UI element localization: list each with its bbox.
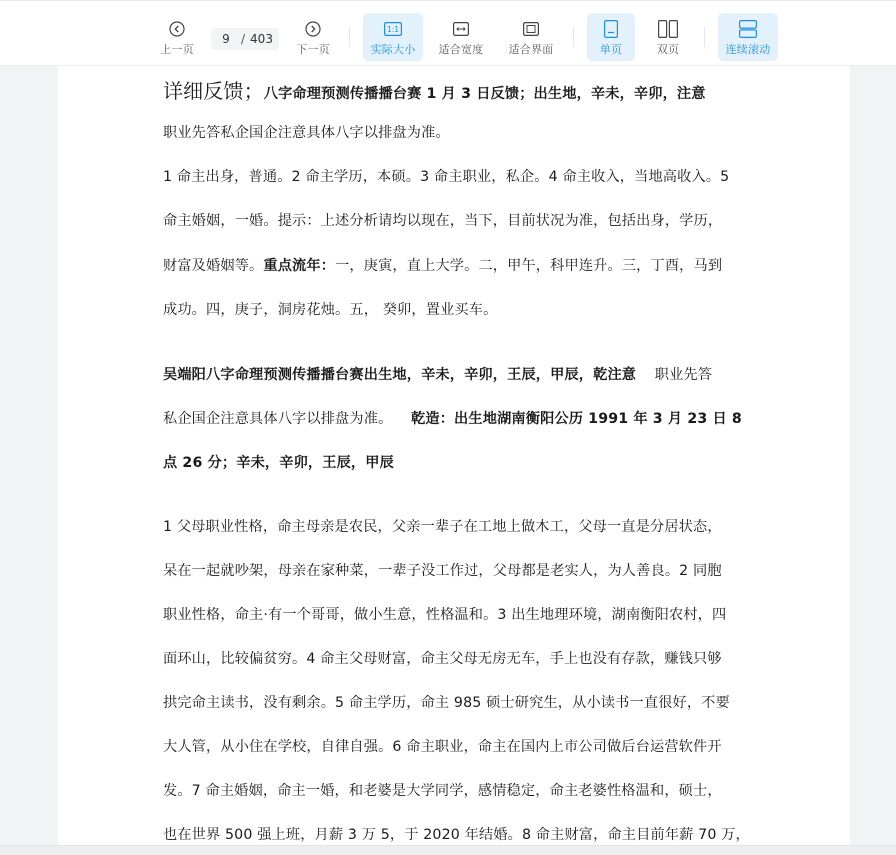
text-line: 职业先答私企国企注意具体八字以排盘为准。 — [163, 122, 450, 142]
continuous-scroll-icon — [739, 18, 757, 40]
text-line: 点 26 分；辛未，辛卯，王辰，甲辰 — [163, 452, 394, 472]
next-page-button[interactable]: 下一页 — [291, 13, 335, 61]
body-text: 呆在一起就吵架，母亲在家种菜，一辈子没工作过，父母都是老实人，为人善良。2 同胞 — [163, 563, 722, 579]
toolbar-divider — [573, 27, 574, 47]
body-text: 也在世界 500 强上班，月薪 3 万 5，于 2020 年结婚。8 命主财富，… — [163, 827, 750, 843]
next-page-label: 下一页 — [296, 41, 330, 57]
body-text: 面环山，比较偏贫穷。4 命主父母财富，命主父母无房无车，手上也没有存款，赚钱只够 — [163, 651, 722, 667]
heading-text: 详细反馈； — [163, 79, 264, 103]
page-separator: / — [241, 32, 245, 46]
single-page-label: 单页 — [600, 41, 622, 57]
body-text: 拱完命主读书，没有剩余。5 命主学历，命主 985 硕士研究生，从小读书一直很好… — [163, 695, 730, 711]
svg-text:1:1: 1:1 — [387, 25, 399, 34]
chevron-right-circle-icon — [305, 18, 321, 40]
text-line: 吴端阳八字命理预测传播播台赛出生地，辛未，辛卯，王辰，甲辰，乾注意 职业先答 — [163, 364, 712, 384]
body-text: 1 父母职业性格，命主母亲是农民，父亲一辈子在工地上做木工，父母一直是分居状态， — [163, 519, 722, 535]
text-line: 职业性格，命主·有一个哥哥，做小生意，性格温和。3 出生地理环境，湖南衡阳农村，… — [163, 604, 726, 624]
body-text: 大人管，从小住在学校，自律自强。6 命主职业，命主在国内上市公司做后台运营软件开 — [163, 739, 722, 755]
bold-text: 点 26 分；辛未，辛卯，王辰，甲辰 — [163, 455, 394, 471]
double-page-label: 双页 — [657, 41, 679, 57]
body-text: 1 命主出身，普通。2 命主学历，本硕。3 命主职业，私企。4 命主收入，当地高… — [163, 169, 729, 185]
double-page-icon — [658, 18, 678, 40]
actual-size-button[interactable]: 1:1 实际大小 — [363, 13, 423, 61]
chevron-left-circle-icon — [169, 18, 185, 40]
fit-width-icon — [453, 18, 469, 40]
text-line: 命主婚姻，一婚。提示：上述分析请均以现在，当下，目前状况为准，包括出身，学历， — [163, 210, 722, 230]
bold-text: 八字命理预测传播播台赛 1 月 3 日反馈；出生地，辛未，辛卯，注意 — [264, 86, 706, 102]
text-line: 发。7 命主婚姻，命主一婚，和老婆是大学同学，感情稳定，命主老婆性格温和，硕士， — [163, 780, 722, 800]
continuous-scroll-button[interactable]: 连续滚动 — [718, 13, 778, 61]
double-page-button[interactable]: 双页 — [645, 13, 691, 61]
text-line: 私企国企注意具体八字以排盘为准。 乾造：出生地湖南衡阳公历 1991 年 3 月… — [163, 408, 742, 428]
text-line: 面环山，比较偏贫穷。4 命主父母财富，命主父母无房无车，手上也没有存款，赚钱只够 — [163, 648, 722, 668]
text-line: 财富及婚姻等。重点流年：一，庚寅，直上大学。二，甲午，科甲连升。三，丁酉，马到 — [163, 255, 722, 275]
toolbar-divider — [704, 27, 705, 47]
single-page-button[interactable]: 单页 — [587, 13, 635, 61]
body-text: 成功。四，庚子，洞房花烛。五， 癸卯，置业买车。 — [163, 302, 497, 318]
body-text: 职业先答私企国企注意具体八字以排盘为准。 — [163, 125, 450, 141]
actual-size-label: 实际大小 — [371, 41, 416, 57]
body-text: 职业性格，命主·有一个哥哥，做小生意，性格温和。3 出生地理环境，湖南衡阳农村，… — [163, 607, 726, 623]
body-text: 命主婚姻，一婚。提示：上述分析请均以现在，当下，目前状况为准，包括出身，学历， — [163, 213, 722, 229]
single-page-icon — [604, 18, 618, 40]
fit-width-button[interactable]: 适合宽度 — [432, 13, 490, 61]
body-text: 私企国企注意具体八字以排盘为准。 — [163, 411, 411, 427]
body-text: 发。7 命主婚姻，命主一婚，和老婆是大学同学，感情稳定，命主老婆性格温和，硕士， — [163, 783, 722, 799]
bold-text: 重点流年： — [263, 258, 335, 274]
body-text: 一，庚寅，直上大学。二，甲午，科甲连升。三，丁酉，马到 — [335, 258, 722, 274]
text-line: 拱完命主读书，没有剩余。5 命主学历，命主 985 硕士研究生，从小读书一直很好… — [163, 692, 730, 712]
text-line: 成功。四，庚子，洞房花烛。五， 癸卯，置业买车。 — [163, 299, 497, 319]
text-line: 也在世界 500 强上班，月薪 3 万 5，于 2020 年结婚。8 命主财富，… — [163, 824, 750, 844]
body-text: 财富及婚姻等。 — [163, 258, 263, 274]
fit-page-button[interactable]: 适合界面 — [502, 13, 560, 61]
bold-text: 吴端阳八字命理预测传播播台赛出生地，辛未，辛卯，王辰，甲辰，乾注意 — [163, 367, 636, 383]
text-line: 详细反馈；八字命理预测传播播台赛 1 月 3 日反馈；出生地，辛未，辛卯，注意 — [163, 75, 706, 104]
document-page: 详细反馈；八字命理预测传播播台赛 1 月 3 日反馈；出生地，辛未，辛卯，注意 … — [58, 66, 850, 855]
viewer-toolbar: 上一页 9 / 403 下一页 1:1 实际大小 适合宽度 适合界面 — [0, 0, 896, 66]
prev-page-button[interactable]: 上一页 — [155, 13, 199, 61]
bold-text: 乾造：出生地湖南衡阳公历 1991 年 3 月 23 日 8 — [411, 411, 742, 427]
text-line: 大人管，从小住在学校，自律自强。6 命主职业，命主在国内上市公司做后台运营软件开 — [163, 736, 722, 756]
page-number-field[interactable]: 9 / 403 — [211, 28, 279, 50]
current-page-input[interactable]: 9 — [211, 32, 241, 46]
fit-page-icon — [523, 18, 539, 40]
toolbar-divider — [349, 27, 350, 47]
prev-page-label: 上一页 — [160, 41, 194, 57]
continuous-scroll-label: 连续滚动 — [726, 41, 771, 57]
total-pages: 403 — [250, 32, 273, 46]
text-line: 呆在一起就吵架，母亲在家种菜，一辈子没工作过，父母都是老实人，为人善良。2 同胞 — [163, 560, 722, 580]
fit-page-label: 适合界面 — [509, 41, 554, 57]
text-line: 1 父母职业性格，命主母亲是农民，父亲一辈子在工地上做木工，父母一直是分居状态， — [163, 516, 722, 536]
text-line: 1 命主出身，普通。2 命主学历，本硕。3 命主职业，私企。4 命主收入，当地高… — [163, 166, 729, 186]
fit-width-label: 适合宽度 — [439, 41, 484, 57]
bottom-scroll-area — [0, 845, 896, 855]
body-text: 职业先答 — [636, 367, 712, 383]
actual-size-icon: 1:1 — [384, 18, 402, 40]
